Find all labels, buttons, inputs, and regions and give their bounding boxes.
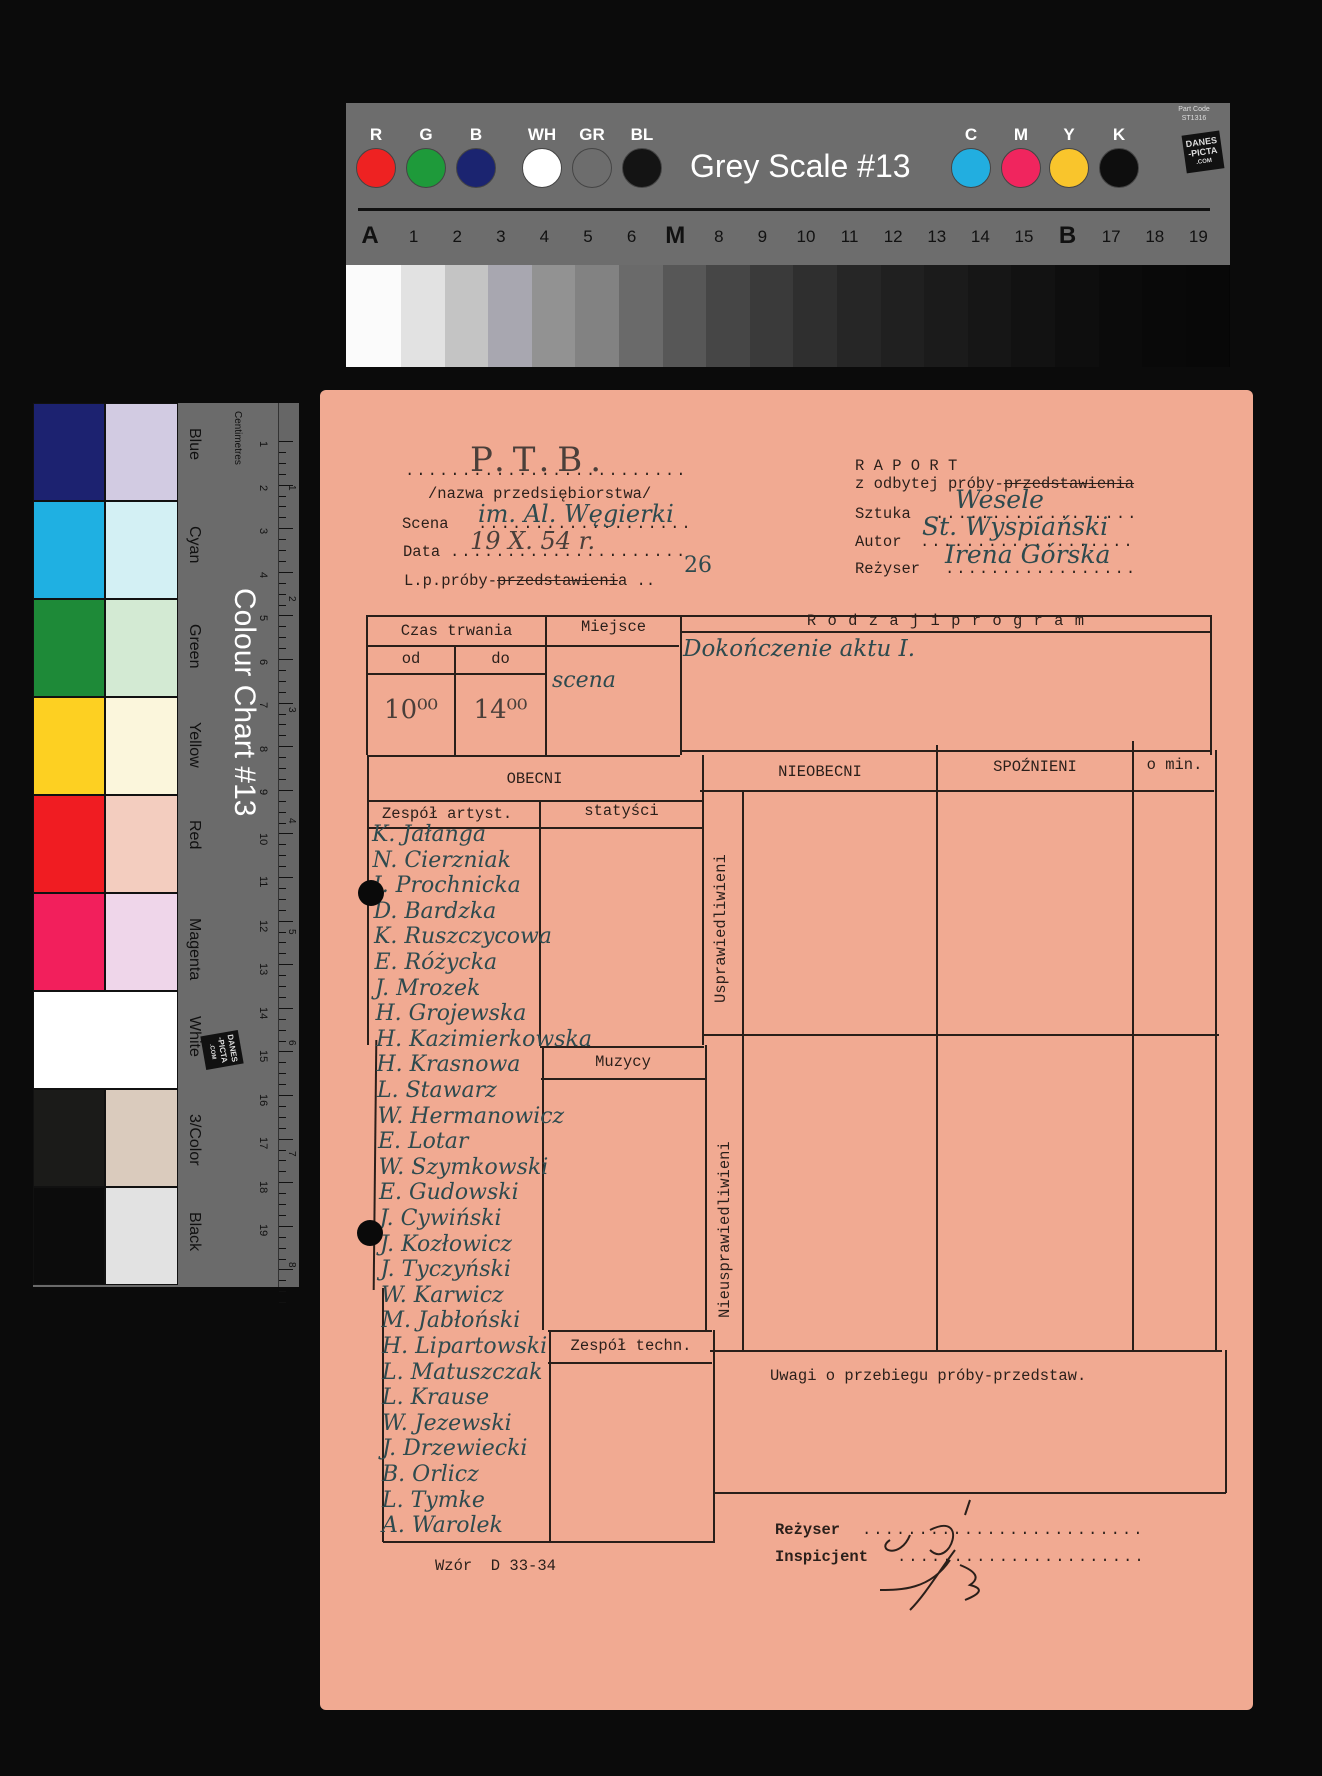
grey-patch (924, 265, 968, 367)
ruler-tick (279, 1193, 286, 1194)
grey-scale-title: Grey Scale #13 (690, 148, 911, 185)
table-line (710, 1350, 1222, 1352)
cm-tick-label: 18 (257, 1181, 269, 1193)
ruler-tick (279, 506, 286, 507)
colour-patch-dark (33, 403, 105, 501)
part-code: Part Code ST1316 (1164, 105, 1224, 123)
ruler-tick (279, 637, 286, 638)
inch-tick-label: 2 (286, 596, 297, 602)
miejsce-value: scena (552, 668, 616, 693)
ruler-tick (279, 594, 286, 595)
artist-name: M. Jabłoński (382, 1308, 521, 1333)
inch-tick-label: 1 (286, 485, 297, 491)
colour-name: Green (185, 624, 203, 668)
form-code: Wzór D 33-34 (435, 1557, 556, 1575)
swatch-label: GR (567, 125, 617, 145)
centimetres-label: Centimetres (232, 411, 243, 465)
ruler-tick (279, 583, 286, 584)
header-zespol-techn: Zespół techn. (550, 1337, 712, 1355)
artist-name: J. Mrozek (375, 976, 480, 1001)
signature (870, 1490, 1030, 1620)
cm-tick-label: 12 (257, 920, 269, 932)
colour-dot (572, 148, 612, 188)
cm-tick-label: 8 (257, 746, 269, 752)
grey-patch (750, 265, 794, 367)
grey-step-label: 14 (960, 227, 1000, 247)
lp-label: L.p.próby-przedstawienia .. (404, 572, 655, 590)
grey-patch (346, 265, 401, 367)
punch-hole (357, 1220, 383, 1246)
grey-step-label: 1 (394, 227, 434, 247)
colour-row (33, 697, 178, 795)
colour-dot (406, 148, 446, 188)
grey-patch (575, 265, 619, 367)
ruler-tick (279, 790, 293, 791)
rezyser-label: Reżyser (855, 560, 920, 578)
ruler-tick (279, 779, 286, 780)
ruler-tick (279, 921, 293, 922)
colour-patch-light (105, 697, 178, 795)
uwagi-label: Uwagi o przebiegu próby-przedstaw. (770, 1367, 1086, 1385)
ruler-tick (279, 714, 286, 715)
ruler-tick (279, 757, 286, 758)
ruler-tick (279, 517, 286, 518)
ruler-tick (279, 866, 286, 867)
grey-patch (1099, 265, 1143, 367)
header-miejsce: Miejsce (547, 618, 680, 636)
ruler-tick (279, 605, 286, 606)
colour-patch-dark (33, 893, 105, 991)
artist-name: J. Cywiński (380, 1206, 502, 1231)
colour-name: Black (185, 1212, 203, 1251)
ruler-tick (279, 975, 286, 976)
ruler-tick (279, 888, 286, 889)
artist-name: B. Orlicz (382, 1462, 479, 1487)
header-obecni: OBECNI (369, 770, 700, 788)
ruler-tick (279, 877, 293, 878)
grey-step-label: 10 (786, 227, 826, 247)
colour-patch-dark (33, 697, 105, 795)
ruler-tick (279, 1051, 293, 1052)
table-line (713, 1330, 715, 1542)
ruler-tick (279, 1019, 286, 1020)
colour-name: Magenta (185, 918, 203, 980)
grey-step-label: 11 (830, 227, 870, 247)
ruler-tick (279, 659, 293, 660)
artist-name: W. Szymkowski (379, 1155, 549, 1180)
colour-row (33, 1089, 178, 1187)
ruler-tick (279, 1160, 286, 1161)
ruler-tick (279, 844, 286, 845)
artist-name: H. Lipartowski (382, 1334, 547, 1359)
colour-dot (356, 148, 396, 188)
colour-row (33, 1187, 178, 1285)
colour-patch (33, 991, 178, 1089)
ruler-tick (279, 692, 286, 693)
ruler-tick (279, 1084, 286, 1085)
cm-tick-label: 13 (257, 963, 269, 975)
swatch-label: WH (517, 125, 567, 145)
colour-patches (33, 403, 178, 1287)
header-od: od (368, 650, 454, 668)
grey-patch (881, 265, 925, 367)
ruler-tick (279, 1139, 293, 1140)
ruler-tick (279, 932, 286, 933)
colour-row (33, 501, 178, 599)
artist-name: L. Tymke (382, 1488, 485, 1513)
grey-patch (793, 265, 837, 367)
grey-scale-card: Part Code ST1316 Grey Scale #13 DANES -P… (346, 103, 1230, 367)
ruler-tick (279, 1030, 286, 1031)
grey-step-label: 2 (437, 227, 477, 247)
grey-step-label: 12 (873, 227, 913, 247)
header-nieobecni: NIEOBECNI (704, 763, 936, 781)
grey-step-label: 17 (1091, 227, 1131, 247)
grey-patch (619, 265, 663, 367)
sztuka-label: Sztuka (855, 505, 911, 523)
artist-name: W. Karwicz (381, 1283, 504, 1308)
ruler-tick (279, 1008, 293, 1009)
ruler-tick (279, 615, 293, 616)
grey-patch (445, 265, 489, 367)
ruler-tick (279, 1226, 293, 1227)
artist-name: W. Hermanowicz (378, 1104, 565, 1129)
scena-label: Scena (402, 515, 449, 533)
grey-patch (401, 265, 445, 367)
ruler: 12345678 (278, 403, 299, 1287)
cm-tick-label: 5 (257, 615, 269, 621)
swatch-label: K (1094, 125, 1144, 145)
colour-patch-dark (33, 1187, 105, 1285)
grey-step-label: 3 (481, 227, 521, 247)
table-line (1215, 750, 1217, 1350)
ruler-tick (279, 1237, 286, 1238)
cm-tick-label: 14 (257, 1007, 269, 1019)
ruler-tick (279, 1215, 286, 1216)
ruler-tick (279, 746, 293, 747)
ruler-tick (279, 1106, 286, 1107)
ruler-tick (279, 1291, 286, 1292)
ruler-tick (279, 670, 286, 671)
grey-step-labels: A123456M89101112131415B171819 (346, 227, 1230, 257)
artist-name: I. Prochnicka (373, 873, 521, 898)
table-line (680, 615, 682, 755)
colour-dot (1099, 148, 1139, 188)
cm-tick-label: 6 (257, 659, 269, 665)
inch-tick-label: 7 (286, 1151, 297, 1157)
ruler-tick (279, 496, 286, 497)
table-line (1132, 741, 1134, 1350)
colour-chart-title: Colour Chart #13 (227, 588, 261, 816)
ruler-tick (279, 1095, 293, 1096)
table-line (549, 1330, 551, 1542)
ruler-tick (279, 964, 293, 965)
colour-row (33, 795, 178, 893)
grey-patch (1055, 265, 1099, 367)
ruler-tick (279, 1128, 286, 1129)
ruler-tick (279, 735, 286, 736)
swatch-label: Y (1044, 125, 1094, 145)
cm-tick-label: 2 (257, 485, 269, 491)
header-rodzaj-program: R o d z a j i p r o g r a m (682, 612, 1210, 630)
cm-tick-label: 4 (257, 572, 269, 578)
colour-name: Blue (185, 428, 203, 460)
colour-patch-light (105, 501, 178, 599)
artist-name: K. Ruszczycowa (374, 924, 552, 949)
swatch-label: B (451, 125, 501, 145)
artist-name: W. Jezewski (382, 1411, 512, 1436)
table-line (548, 1330, 712, 1332)
colour-dot (522, 148, 562, 188)
grey-patch (837, 265, 881, 367)
company-dots: ......................... (405, 462, 688, 480)
rezyser-value: Irena Górska (945, 540, 1110, 569)
artist-name: L. Stawarz (377, 1078, 497, 1103)
inch-tick-label: 3 (286, 707, 297, 713)
inch-tick-label: 6 (286, 1040, 297, 1046)
cm-tick-label: 7 (257, 702, 269, 708)
swatch-label: R (351, 125, 401, 145)
header-do: do (456, 650, 545, 668)
table-line (702, 755, 704, 1045)
grey-step-label: 19 (1178, 227, 1218, 247)
ruler-tick (279, 812, 286, 813)
punch-hole (358, 880, 384, 906)
colour-dot (951, 148, 991, 188)
colour-name: 3/Color (185, 1114, 203, 1166)
ruler-tick (279, 1171, 286, 1172)
grey-step-label: A (350, 222, 390, 250)
inch-tick-label: 4 (286, 818, 297, 824)
artist-name: L. Matuszczak (382, 1360, 543, 1385)
artist-name: H. Grojewska (376, 1001, 527, 1026)
ruler-tick (279, 1204, 286, 1205)
grey-step-label: 9 (742, 227, 782, 247)
grey-step-label: 4 (524, 227, 564, 247)
colour-patch-dark (33, 501, 105, 599)
inch-tick-label: 5 (286, 929, 297, 935)
table-line (705, 1045, 707, 1330)
grey-step-label: 18 (1135, 227, 1175, 247)
grey-patch (1186, 265, 1230, 367)
ruler-tick (279, 474, 286, 475)
grey-patch (488, 265, 532, 367)
grey-patch (706, 265, 750, 367)
table-line (539, 800, 541, 1046)
cm-tick-label: 19 (257, 1224, 269, 1236)
ruler-tick (279, 942, 286, 943)
ruler-tick (279, 1280, 286, 1281)
artist-name: J. Kozłowicz (380, 1232, 512, 1257)
ruler-tick (279, 539, 286, 540)
ruler-tick (279, 1269, 293, 1270)
grey-step-label: M (655, 222, 695, 250)
table-line (742, 790, 744, 1350)
grey-step-label: 8 (699, 227, 739, 247)
footer-inspicjent-label: Inspicjent (775, 1548, 868, 1566)
colour-name: Cyan (185, 526, 203, 563)
label-nieusprawiedliwieni: Nieusprawiedliwieni (716, 1141, 734, 1318)
swatch-label: G (401, 125, 451, 145)
ruler-tick (279, 833, 293, 834)
artist-name: L. Krause (382, 1385, 489, 1410)
ruler-tick (279, 768, 286, 769)
sztuka-value: Wesele (955, 485, 1044, 514)
table-line (1210, 615, 1212, 755)
colour-patch-dark (33, 795, 105, 893)
colour-row (33, 893, 178, 991)
ruler-tick (279, 1182, 293, 1183)
footer-rezyser-label: Reżyser (775, 1521, 840, 1539)
colour-patch-light (105, 893, 178, 991)
ruler-tick (279, 1302, 286, 1303)
grey-patch (1011, 265, 1055, 367)
scena-value: im. Al. Węgierki (478, 500, 674, 528)
ruler-tick (279, 801, 286, 802)
artist-name: K. Jałanga (372, 822, 486, 847)
ruler-tick (279, 823, 286, 824)
ruler-tick (279, 1150, 286, 1151)
od-value: 10⁰⁰ (368, 695, 454, 725)
divider-rule (358, 208, 1210, 211)
table-line (366, 645, 679, 647)
grey-step-label: 5 (568, 227, 608, 247)
ruler-tick (279, 910, 286, 911)
colour-patch-dark (33, 599, 105, 697)
grey-step-label: B (1048, 222, 1088, 250)
colour-dot (1049, 148, 1089, 188)
artist-name: H. Krasnowa (377, 1052, 521, 1077)
ruler-tick (279, 452, 286, 453)
table-line (541, 1078, 705, 1080)
cm-tick-label: 11 (257, 876, 269, 887)
artist-name: D. Bardzka (374, 899, 497, 924)
swatch-label: BL (617, 125, 667, 145)
grey-step-label: 6 (612, 227, 652, 247)
report-title: R A P O R T (855, 457, 957, 475)
colour-patch-light (105, 1187, 178, 1285)
data-label: Data (403, 543, 440, 561)
table-line (542, 1046, 544, 1330)
grey-patch (1142, 265, 1186, 367)
artist-name: E. Różycka (375, 950, 498, 975)
ruler-tick (279, 681, 286, 682)
grey-step-label: 13 (917, 227, 957, 247)
do-value: 14⁰⁰ (456, 695, 545, 725)
swatch-label: M (996, 125, 1046, 145)
table-line (367, 755, 680, 757)
header-o-min: o min. (1134, 756, 1215, 774)
danes-picta-logo-chart: DANES -PICTA .COM (200, 1030, 243, 1070)
colour-name: Yellow (185, 722, 203, 768)
colour-dot (456, 148, 496, 188)
grey-patch (968, 265, 1012, 367)
data-value: 19 X. 54 r. (470, 527, 595, 555)
colour-patch-light (105, 403, 178, 501)
ruler-tick (279, 528, 293, 529)
table-line (545, 615, 547, 755)
table-line (680, 631, 1211, 633)
colour-dot (1001, 148, 1041, 188)
ruler-tick (279, 1062, 286, 1063)
cm-tick-label: 3 (257, 528, 269, 534)
ruler-tick (279, 1041, 286, 1042)
artist-name: E. Lotar (378, 1129, 468, 1154)
ruler-tick (279, 997, 286, 998)
ruler-tick (279, 572, 293, 573)
table-line (704, 1034, 1219, 1036)
header-muzycy: Muzycy (542, 1053, 704, 1071)
table-line (548, 1362, 712, 1364)
grey-patch (663, 265, 707, 367)
artist-name: J. Drzewiecki (382, 1436, 527, 1461)
cm-tick-label: 10 (257, 833, 269, 845)
colour-patch-dark (33, 1089, 105, 1187)
artist-name: N. Cierzniak (373, 848, 511, 873)
colour-name: Red (185, 820, 203, 849)
lp-value: 26 (684, 553, 712, 578)
artist-name: H. Kazimierkowska (376, 1027, 592, 1052)
ruler-tick (279, 441, 293, 442)
inch-tick-label: 8 (286, 1262, 297, 1268)
ruler-tick (279, 703, 293, 704)
header-czas-trwania: Czas trwania (368, 622, 545, 640)
table-line (700, 790, 1214, 792)
ruler-tick (279, 626, 286, 627)
label-usprawiedliwieni: Usprawiedliwieni (712, 854, 730, 1003)
grey-patch (532, 265, 576, 367)
autor-value: St. Wyspiański (922, 512, 1108, 541)
colour-row (33, 991, 178, 1089)
ruler-tick (279, 899, 286, 900)
table-line (936, 745, 938, 1350)
grey-strip (346, 265, 1230, 367)
cm-tick-label: 15 (257, 1050, 269, 1062)
autor-label: Autor (855, 533, 902, 551)
artist-name: J. Tyczyński (381, 1257, 511, 1282)
ruler-tick (279, 648, 286, 649)
header-spoznieni: SPOŹNIENI (938, 758, 1132, 776)
colour-patch-light (105, 795, 178, 893)
ruler-tick (279, 1248, 286, 1249)
ruler-tick (279, 724, 286, 725)
grey-step-label: 15 (1004, 227, 1044, 247)
colour-row (33, 403, 178, 501)
danes-picta-logo: DANES -PICTA .COM (1182, 131, 1224, 174)
ruler-tick (279, 561, 286, 562)
ruler-tick (279, 953, 286, 954)
ruler-tick (279, 986, 286, 987)
rodzaj-value: Dokończenie aktu I. (683, 636, 915, 662)
ruler-tick (279, 550, 286, 551)
artist-name: A. Warolek (382, 1513, 503, 1538)
colour-patch-light (105, 1089, 178, 1187)
colour-chart: Colour Chart #13 Centimetres Inches 1234… (33, 403, 298, 1287)
ruler-tick (279, 463, 286, 464)
colour-dot (622, 148, 662, 188)
cm-tick-label: 1 (257, 441, 269, 447)
header-zespol-artyst: Zespół artyst. (382, 805, 512, 823)
artist-name: E. Gudowski (379, 1180, 519, 1205)
ruler-tick (279, 1073, 286, 1074)
header-statysci: statyści (541, 802, 702, 820)
swatch-label: C (946, 125, 996, 145)
table-line (1225, 1350, 1227, 1493)
cm-tick-label: 17 (257, 1137, 269, 1149)
colour-row (33, 599, 178, 697)
colour-patch-light (105, 599, 178, 697)
ruler-tick (279, 1259, 286, 1260)
